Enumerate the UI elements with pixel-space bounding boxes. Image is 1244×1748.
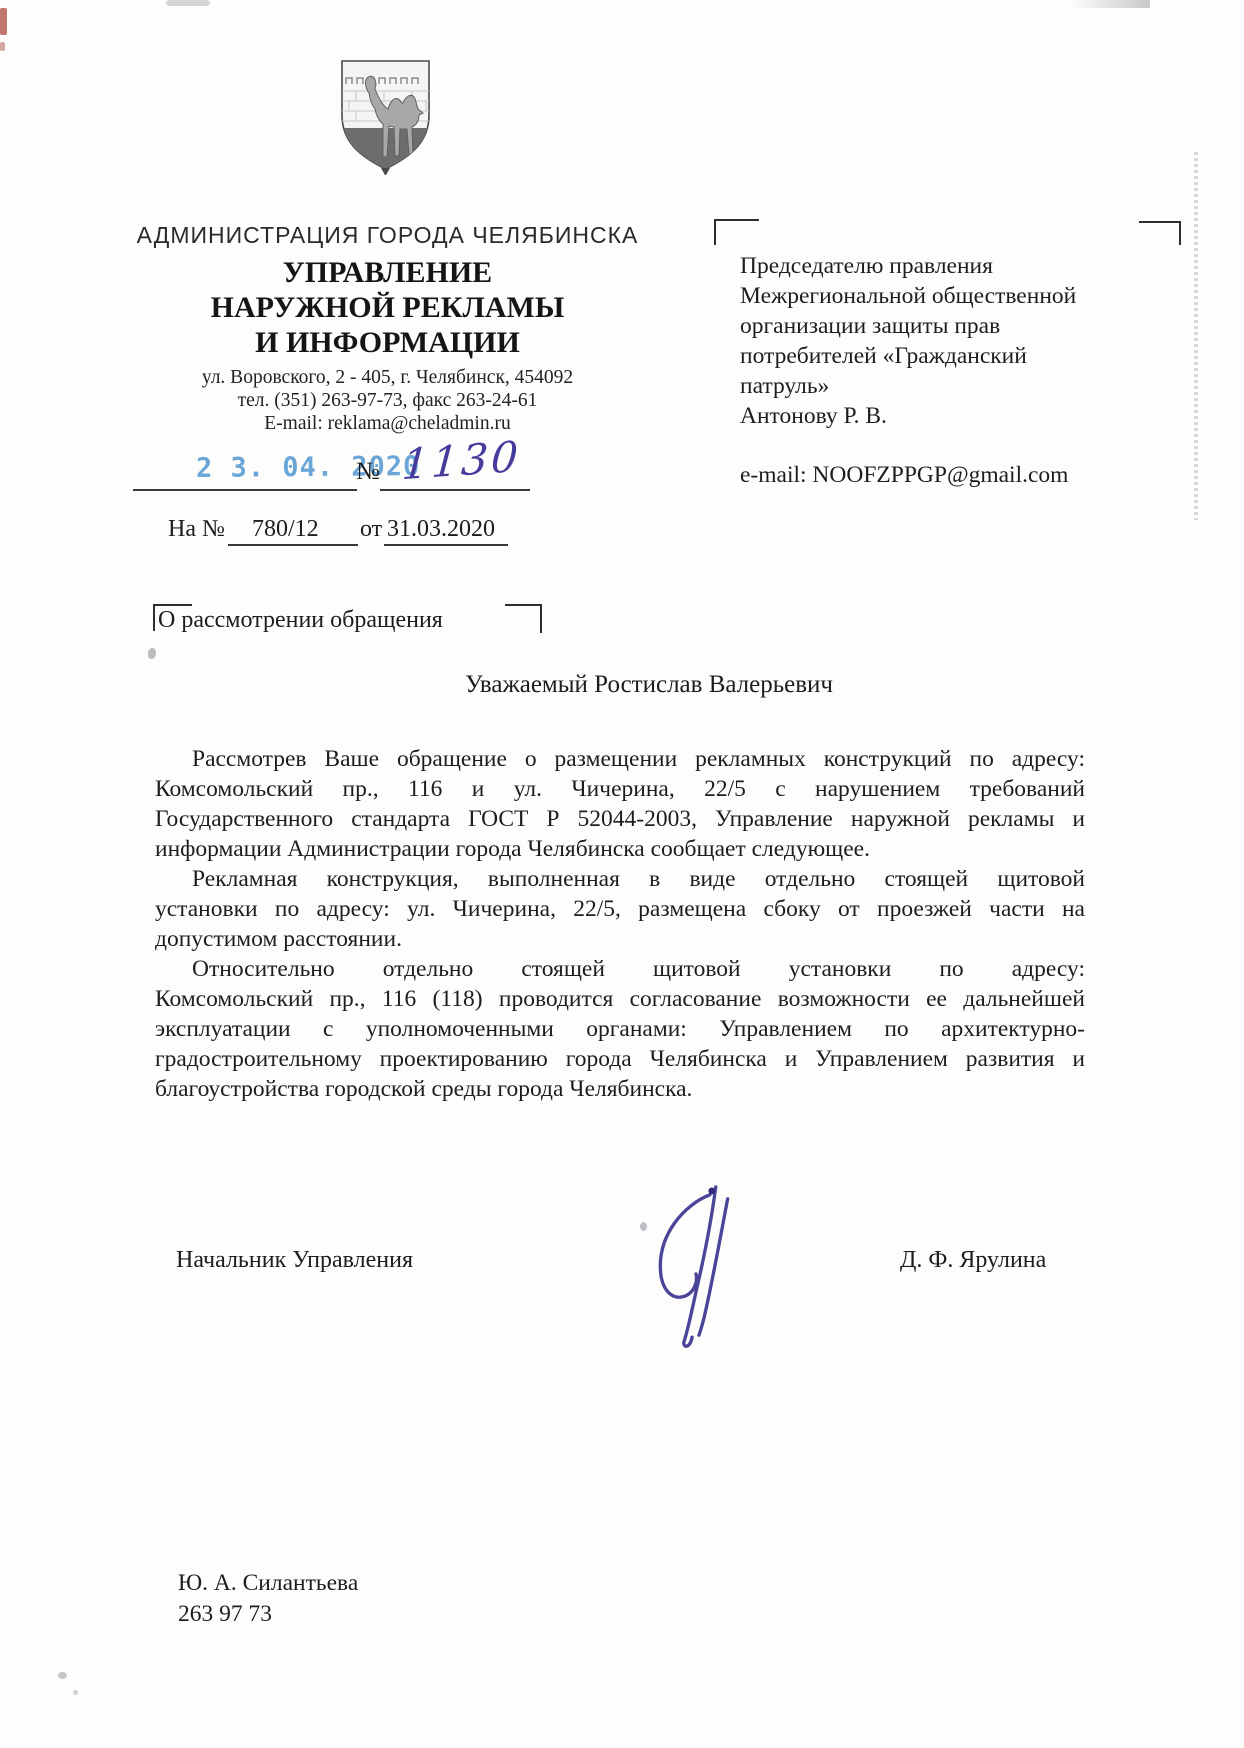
date-stamp: 2 3. 04. 2020 bbox=[196, 451, 421, 484]
signer-title: Начальник Управления bbox=[176, 1247, 413, 1274]
body-line: Рассмотрев Ваше обращение о размещении р… bbox=[155, 744, 1085, 774]
body-line: Комсомольский пр., 116 (118) проводится … bbox=[155, 984, 1085, 1014]
scan-artifact-smudge bbox=[166, 0, 210, 6]
body-line: эксплуатации с уполномоченными органами:… bbox=[155, 1014, 1085, 1044]
recipient-line: патруль» bbox=[740, 371, 1140, 401]
org-name: УПРАВЛЕНИЕ НАРУЖНОЙ РЕКЛАМЫ И ИНФОРМАЦИИ bbox=[135, 255, 640, 360]
body-paragraph: Относительно отдельно стоящей щитовой ус… bbox=[155, 954, 1085, 1104]
reply-date-underline bbox=[384, 544, 508, 546]
scanned-letter-page: АДМИНИСТРАЦИЯ ГОРОДА ЧЕЛЯБИНСКА УПРАВЛЕН… bbox=[0, 0, 1244, 1748]
reply-ref-prefix: На № bbox=[168, 516, 225, 543]
reply-ref-number: 780/12 bbox=[252, 516, 319, 543]
scan-artifact-edge-streak bbox=[1194, 152, 1198, 520]
body-line: информации Администрации города Челябинс… bbox=[155, 834, 1085, 864]
executor-name: Ю. А. Силантьева bbox=[178, 1570, 358, 1597]
signer-name: Д. Ф. Ярулина bbox=[900, 1247, 1046, 1274]
letter-body: Рассмотрев Ваше обращение о размещении р… bbox=[155, 744, 1085, 1104]
org-email: E-mail: reklama@cheladmin.ru bbox=[135, 412, 640, 435]
org-name-line2: НАРУЖНОЙ РЕКЛАМЫ bbox=[135, 290, 640, 325]
administration-line: АДМИНИСТРАЦИЯ ГОРОДА ЧЕЛЯБИНСКА bbox=[135, 222, 640, 249]
recipient-line: Председателю правления bbox=[740, 251, 1140, 281]
body-paragraph: Рассмотрев Ваше обращение о размещении р… bbox=[155, 744, 1085, 864]
reply-ref-date: 31.03.2020 bbox=[387, 516, 495, 543]
scan-artifact-red-mark bbox=[0, 42, 5, 51]
org-name-line3: И ИНФОРМАЦИИ bbox=[135, 325, 640, 360]
recipient-line: Антонову Р. В. bbox=[740, 401, 1140, 431]
ink-blob bbox=[708, 1187, 715, 1194]
recipient-email: e-mail: NOOFZPPGP@gmail.com bbox=[740, 462, 1068, 489]
body-paragraph: Рекламная конструкция, выполненная в вид… bbox=[155, 864, 1085, 954]
body-line: Относительно отдельно стоящей щитовой ус… bbox=[155, 954, 1085, 984]
letterhead: АДМИНИСТРАЦИЯ ГОРОДА ЧЕЛЯБИНСКА УПРАВЛЕН… bbox=[135, 222, 640, 435]
coat-of-arms-emblem bbox=[338, 57, 433, 175]
org-phone-fax: тел. (351) 263-97-73, факс 263-24-61 bbox=[135, 389, 640, 412]
scan-artifact-speck bbox=[148, 648, 156, 659]
body-line: градостроительному проектированию города… bbox=[155, 1044, 1085, 1074]
recipient-corner-bracket-right bbox=[1139, 221, 1181, 245]
scan-artifact-red-mark bbox=[0, 8, 7, 35]
shield-bottom-point bbox=[381, 168, 390, 175]
body-line: Рекламная конструкция, выполненная в вид… bbox=[155, 864, 1085, 894]
body-line: благоустройства городской среды города Ч… bbox=[155, 1074, 1085, 1104]
recipient-corner-bracket-left bbox=[714, 219, 759, 245]
scan-artifact-speck bbox=[640, 1222, 647, 1231]
salutation: Уважаемый Ростислав Валерьевич bbox=[465, 671, 833, 699]
recipient-line: организации защиты прав bbox=[740, 311, 1140, 341]
date-underline bbox=[133, 489, 357, 491]
body-line: допустимом расстоянии. bbox=[155, 924, 1085, 954]
body-line: установки по адресу: ул. Чичерина, 22/5,… bbox=[155, 894, 1085, 924]
recipient-block: Председателю правления Межрегиональной о… bbox=[740, 251, 1140, 431]
org-name-line1: УПРАВЛЕНИЕ bbox=[135, 255, 640, 290]
recipient-line: Межрегиональной общественной bbox=[740, 281, 1140, 311]
number-sign-label: № bbox=[356, 458, 380, 486]
reply-number-underline bbox=[228, 544, 358, 546]
recipient-line: потребителей «Гражданский bbox=[740, 341, 1140, 371]
executor-phone: 263 97 73 bbox=[178, 1601, 272, 1628]
scan-artifact-speck bbox=[58, 1672, 67, 1679]
signature-autograph bbox=[642, 1183, 752, 1351]
scan-artifact-smudge bbox=[1070, 0, 1150, 8]
letterhead-contacts: ул. Воровского, 2 - 405, г. Челябинск, 4… bbox=[135, 366, 640, 435]
org-address: ул. Воровского, 2 - 405, г. Челябинск, 4… bbox=[135, 366, 640, 389]
subject-corner-bracket-right bbox=[505, 604, 542, 633]
body-line: Комсомольский пр., 116 и ул. Чичерина, 2… bbox=[155, 774, 1085, 804]
reply-ref-from: от bbox=[360, 516, 382, 543]
handwritten-outgoing-number: 1130 bbox=[400, 432, 522, 490]
subject-line: О рассмотрении обращения bbox=[158, 607, 443, 634]
body-line: Государственного стандарта ГОСТ Р 52044-… bbox=[155, 804, 1085, 834]
number-underline bbox=[380, 489, 530, 491]
scan-artifact-speck bbox=[73, 1690, 78, 1695]
